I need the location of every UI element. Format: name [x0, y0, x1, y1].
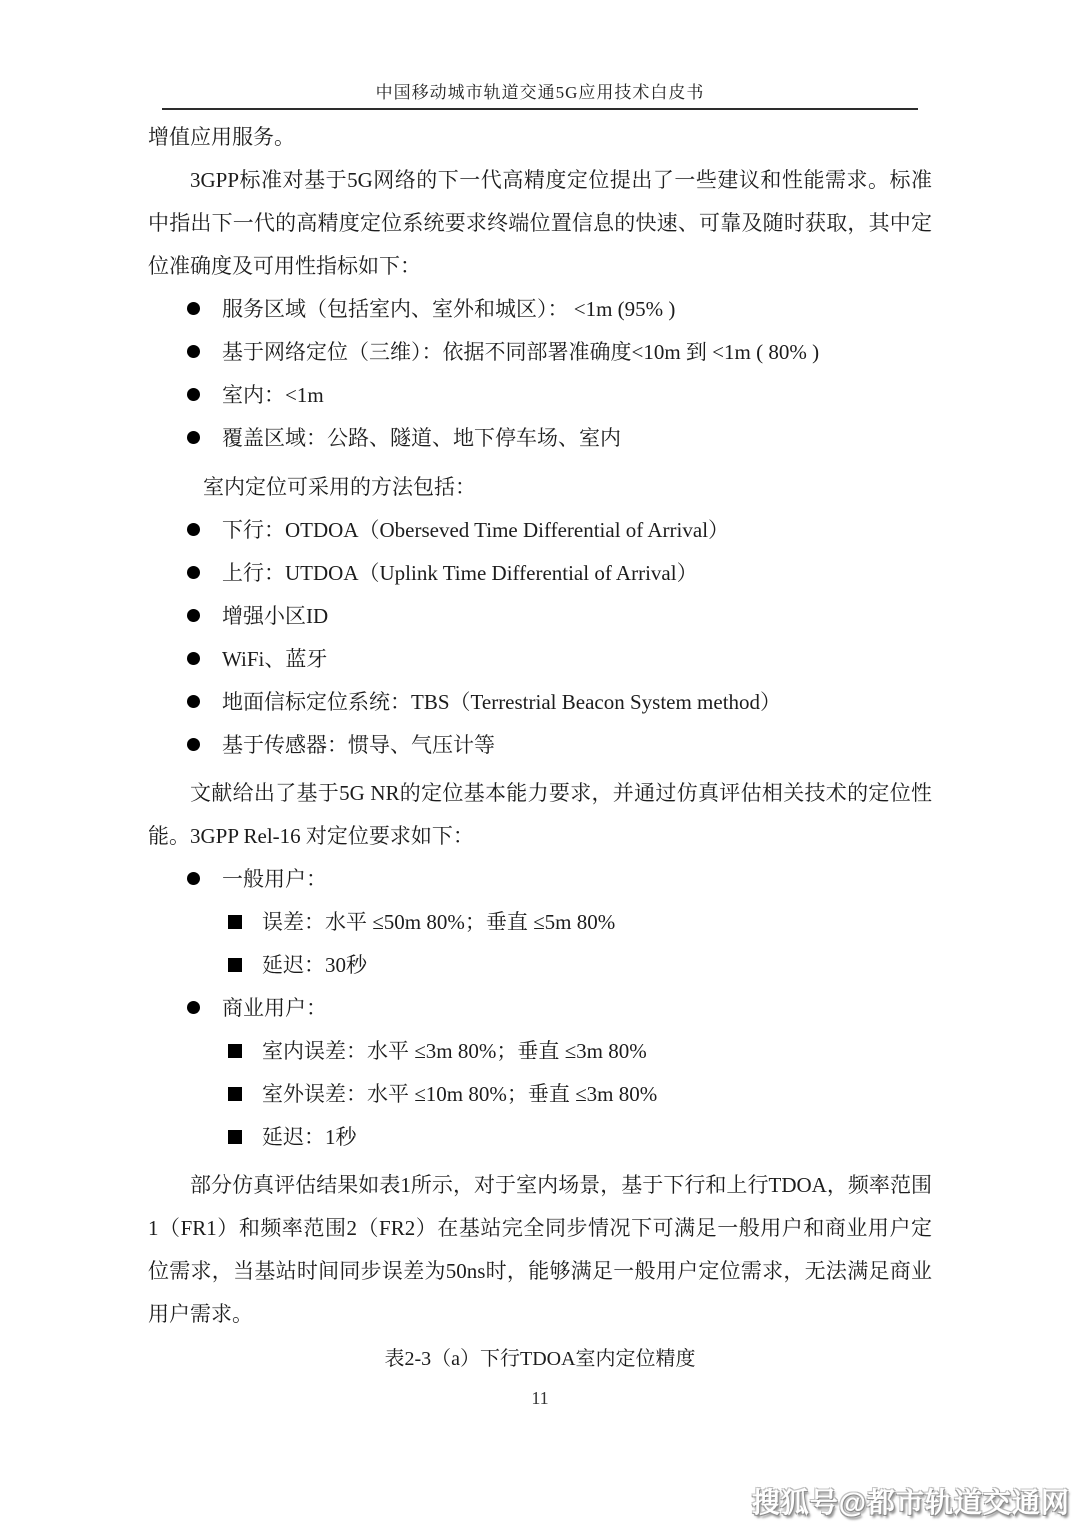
bullet-square-marker [228, 1044, 242, 1058]
bullet-circle-marker [187, 1001, 200, 1014]
document-body: 增值应用服务。 3GPP标准对基于5G网络的下一代高精度定位提出了一些建议和性能… [148, 116, 932, 1381]
list-item-text: 覆盖区域：公路、隧道、地下停车场、室内 [222, 417, 932, 460]
list-item-text: 下行：OTDOA（Oberseved Time Differential of … [222, 509, 932, 552]
list-item-business-user: 商业用户： [148, 987, 932, 1030]
list-item: 基于网络定位（三维）：依据不同部署准确度<10m 到 <1m ( 80% ) [148, 331, 932, 374]
bullet-circle-marker [187, 566, 200, 579]
list-item-text: 一般用户： [222, 858, 932, 901]
sub-list-item: 延迟：30秒 [148, 944, 932, 987]
paragraph-indoor-methods: 室内定位可采用的方法包括： [148, 466, 932, 509]
bullet-circle-marker [187, 302, 200, 315]
sub-list-item-text: 延迟：1秒 [262, 1116, 932, 1159]
paragraph-3gpp-standard: 3GPP标准对基于5G网络的下一代高精度定位提出了一些建议和性能需求。标准中指出… [148, 159, 932, 288]
requirements-list: 一般用户： 误差：水平 ≤50m 80%；垂直 ≤5m 80% 延迟：30秒 商… [148, 858, 932, 1159]
bullet-square-marker [228, 958, 242, 972]
paragraph-literature: 文献给出了基于5G NR的定位基本能力要求，并通过仿真评估相关技术的定位性能。3… [148, 772, 932, 858]
sub-list-item: 误差：水平 ≤50m 80%；垂直 ≤5m 80% [148, 901, 932, 944]
sub-list-item-text: 室内误差：水平 ≤3m 80%；垂直 ≤3m 80% [262, 1030, 932, 1073]
list-item: 增强小区ID [148, 595, 932, 638]
list-item-text: 增强小区ID [222, 595, 932, 638]
bullet-square-marker [228, 915, 242, 929]
bullet-circle-marker [187, 345, 200, 358]
sub-list-item: 延迟：1秒 [148, 1116, 932, 1159]
bullet-circle-marker [187, 738, 200, 751]
bullet-circle-marker [187, 652, 200, 665]
list-item: 上行：UTDOA（Uplink Time Differential of Arr… [148, 552, 932, 595]
bullet-list-metrics: 服务区域（包括室内、室外和城区）： <1m (95% ) 基于网络定位（三维）：… [148, 288, 932, 460]
bullet-list-methods: 下行：OTDOA（Oberseved Time Differential of … [148, 509, 932, 767]
list-item: WiFi、蓝牙 [148, 638, 932, 681]
paragraph-simulation-results: 部分仿真评估结果如表1所示，对于室内场景，基于下行和上行TDOA，频率范围1（F… [148, 1164, 932, 1336]
list-item-general-user: 一般用户： [148, 858, 932, 901]
list-item-text: 服务区域（包括室内、室外和城区）： <1m (95% ) [222, 288, 932, 331]
list-item: 服务区域（包括室内、室外和城区）： <1m (95% ) [148, 288, 932, 331]
list-item: 覆盖区域：公路、隧道、地下停车场、室内 [148, 417, 932, 460]
list-item-text: 商业用户： [222, 987, 932, 1030]
list-item: 下行：OTDOA（Oberseved Time Differential of … [148, 509, 932, 552]
table-caption: 表2-3（a）下行TDOA室内定位精度 [148, 1338, 932, 1381]
list-item: 地面信标定位系统：TBS（Terrestrial Beacon System m… [148, 681, 932, 724]
list-item-text: 基于网络定位（三维）：依据不同部署准确度<10m 到 <1m ( 80% ) [222, 331, 932, 374]
sub-list-item-text: 延迟：30秒 [262, 944, 932, 987]
paragraph-continuation: 增值应用服务。 [148, 116, 932, 159]
list-item: 基于传感器：惯导、气压计等 [148, 724, 932, 767]
list-item-text: 基于传感器：惯导、气压计等 [222, 724, 932, 767]
list-item-text: 室内：<1m [222, 374, 932, 417]
bullet-circle-marker [187, 609, 200, 622]
bullet-circle-marker [187, 523, 200, 536]
sub-list-item-text: 误差：水平 ≤50m 80%；垂直 ≤5m 80% [262, 901, 932, 944]
list-item-text: 地面信标定位系统：TBS（Terrestrial Beacon System m… [222, 681, 932, 724]
list-item-text: 上行：UTDOA（Uplink Time Differential of Arr… [222, 552, 932, 595]
sub-list-item-text: 室外误差：水平 ≤10m 80%；垂直 ≤3m 80% [262, 1073, 932, 1116]
document-header-title: 中国移动城市轨道交通5G应用技术白皮书 [0, 78, 1080, 103]
document-page: 中国移动城市轨道交通5G应用技术白皮书 增值应用服务。 3GPP标准对基于5G网… [0, 0, 1080, 1527]
bullet-circle-marker [187, 431, 200, 444]
bullet-circle-marker [187, 695, 200, 708]
list-item-text: WiFi、蓝牙 [222, 638, 932, 681]
bullet-circle-marker [187, 872, 200, 885]
page-number: 11 [0, 1388, 1080, 1409]
sub-list-item: 室外误差：水平 ≤10m 80%；垂直 ≤3m 80% [148, 1073, 932, 1116]
bullet-square-marker [228, 1087, 242, 1101]
list-item: 室内：<1m [148, 374, 932, 417]
bullet-square-marker [228, 1130, 242, 1144]
header-rule [162, 108, 918, 110]
sub-list-item: 室内误差：水平 ≤3m 80%；垂直 ≤3m 80% [148, 1030, 932, 1073]
bullet-circle-marker [187, 388, 200, 401]
watermark-text: 搜狐号@都市轨道交通网 [752, 1481, 1070, 1521]
